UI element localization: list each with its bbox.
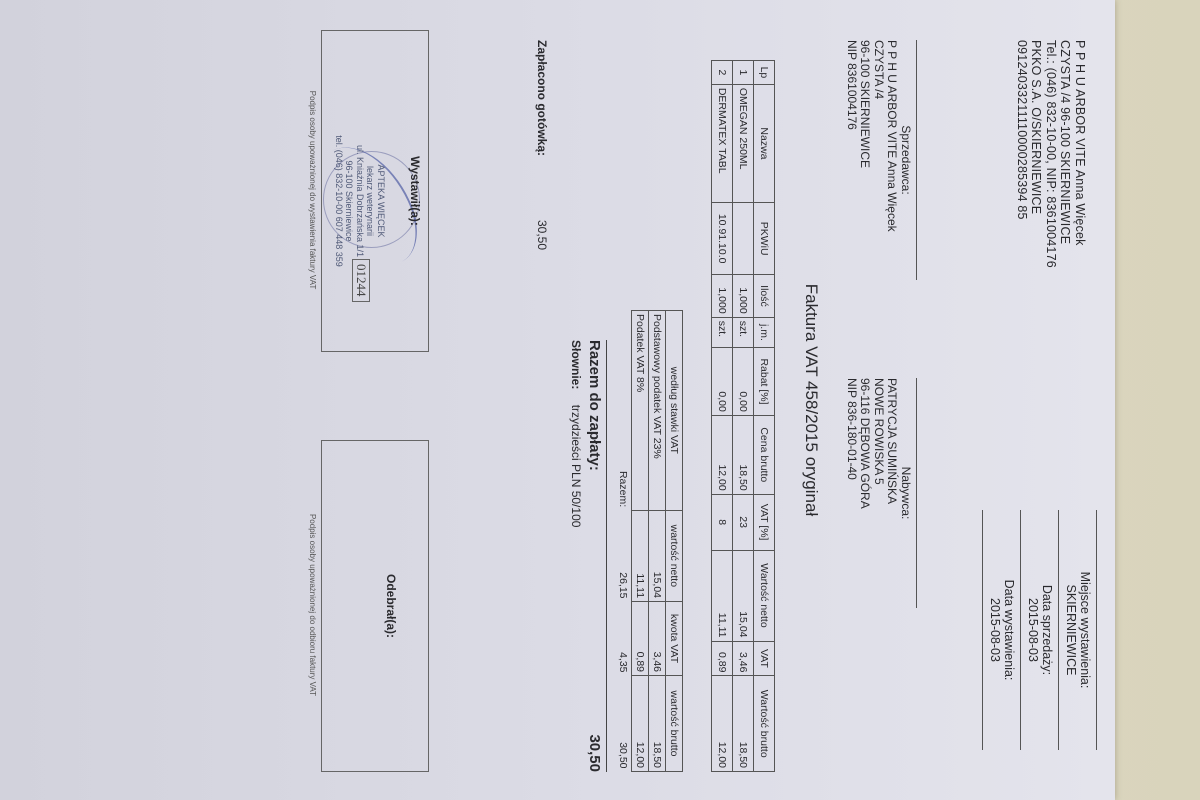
seller-line: 96-100 SKIERNIEWICE — [858, 40, 872, 280]
items-cell: 0,00 — [712, 348, 733, 416]
seller-line: CZYSTA /4 — [872, 40, 886, 280]
stamp-line: APTEKA WIĘCEK — [376, 126, 387, 276]
issued-by-label: Wystawił(a): — [408, 31, 422, 351]
items-table: LpNazwaPKWiUIlośćj.m.Rabat [%]Cena brutt… — [711, 60, 775, 772]
items-header-cell: j.m. — [754, 317, 775, 347]
buyer-label: Nabywca: — [899, 378, 913, 608]
words-label: Słownie: — [569, 340, 583, 389]
seller-header: P P H U ARBOR VITE Anna Więcek CZYSTA /4… — [1015, 40, 1088, 268]
items-cell: 0,89 — [712, 641, 733, 676]
table-row: Podstawowy podatek VAT 23%15,043,4618,50 — [649, 311, 666, 772]
items-header-cell: PKWiU — [754, 203, 775, 275]
amount-due-label: Razem do zapłaty: — [586, 340, 603, 471]
stamp-line: lekarz weterynarii — [365, 126, 376, 276]
summary-cell: 12,00 — [632, 676, 649, 772]
items-cell: 1 — [733, 61, 754, 85]
buyer-line: 96-116 DĘBOWA GÓRA — [858, 378, 872, 608]
summary-header-row: według stawki VATwartość nettokwota VATw… — [666, 311, 683, 772]
seller-label: Sprzedawca: — [899, 40, 913, 280]
items-header-row: LpNazwaPKWiUIlośćj.m.Rabat [%]Cena brutt… — [754, 61, 775, 772]
amount-due: Razem do zapłaty: 30,50 — [586, 340, 607, 772]
sale-date: Data sprzedaży: 2015-08-03 — [1021, 510, 1059, 750]
issue-date: Data wystawienia: 2015-08-03 — [982, 510, 1021, 750]
summary-total-cell: 26,15 — [615, 510, 632, 601]
items-cell: 11,11 — [712, 550, 733, 641]
sale-date-value: 2015-08-03 — [1026, 510, 1040, 750]
table-row: 2DERMATEX TABL10.91.10.01,000szt.0,0012,… — [712, 61, 733, 772]
seller-header-line: 09124033211110000285394 85 — [1015, 40, 1030, 268]
items-cell: 8 — [712, 494, 733, 550]
items-cell: 1,000 — [712, 275, 733, 317]
summary-cell: Podatek VAT 8% — [632, 311, 649, 511]
items-header-cell: Rabat [%] — [754, 348, 775, 416]
place-of-issue: Miejsce wystawienia: SKIERNIEWICE — [1059, 510, 1097, 750]
paid-value: 30,50 — [535, 220, 549, 250]
items-header-cell: VAT — [754, 641, 775, 676]
summary-cell: 18,50 — [649, 676, 666, 772]
items-header-cell: VAT [%] — [754, 494, 775, 550]
issue-date-label: Data wystawienia: — [1002, 510, 1016, 750]
table-row: Podatek VAT 8%11,110,8912,00 — [632, 311, 649, 772]
invoice-title: Faktura VAT 458/2015 oryginał — [801, 0, 821, 800]
summary-total-row: Razem:26,154,3530,50 — [615, 311, 632, 772]
buyer-line: NOWE ROWISKA 5 — [872, 378, 886, 608]
amount-due-value: 30,50 — [586, 734, 603, 772]
invoice-document: P P H U ARBOR VITE Anna Więcek CZYSTA /4… — [0, 0, 1115, 800]
paid-label: Zapłacono gotówką: — [535, 40, 549, 156]
items-cell: 2 — [712, 61, 733, 85]
items-cell: 18,50 — [733, 676, 754, 772]
items-header-cell: Wartość brutto — [754, 676, 775, 772]
items-cell: 1,000 — [733, 275, 754, 317]
summary-cell: 0,89 — [632, 602, 649, 676]
place-label: Miejsce wystawienia: — [1078, 510, 1092, 750]
issued-by-footnote: Podpis osoby upoważnionej do wystawienia… — [308, 30, 317, 350]
place-value: SKIERNIEWICE — [1064, 510, 1078, 750]
buyer-block: Nabywca: PATRYCJA SUMIŃSKA NOWE ROWISKA … — [845, 378, 918, 608]
items-cell: 3,46 — [733, 641, 754, 676]
items-header-cell: Ilość — [754, 275, 775, 317]
items-cell: 0,00 — [733, 348, 754, 416]
stamp-number: 01244 — [352, 259, 370, 302]
seller-line: NIP 8361004176 — [845, 40, 859, 280]
buyer-line: NIP 836-180-01-40 — [845, 378, 859, 608]
items-cell: 18,50 — [733, 415, 754, 494]
summary-cell: 15,04 — [649, 510, 666, 601]
vat-summary-table: według stawki VATwartość nettokwota VATw… — [615, 310, 683, 772]
pharmacy-stamp: APTEKA WIĘCEK lekarz weterynarii ul. Kni… — [334, 126, 387, 276]
items-cell — [733, 203, 754, 275]
items-header-cell: Wartość netto — [754, 550, 775, 641]
seller-header-line: PKKO S.A. O/SKIERNIEWICE — [1029, 40, 1044, 268]
summary-total-label: Razem: — [615, 311, 632, 511]
summary-total-cell: 30,50 — [615, 676, 632, 772]
items-cell: szt. — [712, 317, 733, 347]
summary-cell: Podstawowy podatek VAT 23% — [649, 311, 666, 511]
invoice-meta: Miejsce wystawienia: SKIERNIEWICE Data s… — [982, 510, 1097, 750]
items-cell: DERMATEX TABL — [712, 84, 733, 202]
seller-header-line: Tel.: (046) 832-10-00, NIP: 8361004176 — [1044, 40, 1059, 268]
items-header-cell: Nazwa — [754, 84, 775, 202]
summary-header-cell: kwota VAT — [666, 602, 683, 676]
summary-cell: 11,11 — [632, 510, 649, 601]
paid-in-cash: Zapłacono gotówką: 30,50 — [535, 40, 549, 250]
issued-by-box: Wystawił(a): APTEKA WIĘCEK lekarz wetery… — [321, 30, 429, 352]
received-by-label: Odebrał(a): — [384, 441, 398, 771]
items-header-cell: Lp — [754, 61, 775, 85]
issue-date-value: 2015-08-03 — [988, 510, 1002, 750]
amount-in-words: Słownie: trzydzieści PLN 50/100 — [569, 340, 583, 527]
sale-date-label: Data sprzedaży: — [1040, 510, 1054, 750]
words-value: trzydzieści PLN 50/100 — [569, 405, 583, 528]
stamp-line: tel. (046) 832-10-00 607 448 359 — [334, 126, 345, 276]
summary-cell: 3,46 — [649, 602, 666, 676]
seller-line: P P H U ARBOR VITE Anna Więcek — [885, 40, 899, 280]
received-by-box: Odebrał(a): — [321, 440, 429, 772]
items-cell: OMEGAN 250ML — [733, 84, 754, 202]
stamp-line: ul. Kniaźnia Dobrzańska 1/1 — [355, 126, 366, 276]
items-header-cell: Cena brutto — [754, 415, 775, 494]
items-cell: 12,00 — [712, 676, 733, 772]
summary-header-cell: wartość netto — [666, 510, 683, 601]
seller-block: Sprzedawca: P P H U ARBOR VITE Anna Więc… — [845, 40, 918, 280]
items-cell: 12,00 — [712, 415, 733, 494]
items-cell: 10.91.10.0 — [712, 203, 733, 275]
stamp-line: 96-100 Skierniewice — [344, 126, 355, 276]
summary-header-cell: wartość brutto — [666, 676, 683, 772]
buyer-line: PATRYCJA SUMIŃSKA — [885, 378, 899, 608]
items-cell: szt. — [733, 317, 754, 347]
seller-header-line: P P H U ARBOR VITE Anna Więcek — [1073, 40, 1088, 268]
summary-total-cell: 4,35 — [615, 602, 632, 676]
items-cell: 15,04 — [733, 550, 754, 641]
seller-header-line: CZYSTA /4 96-100 SKIERNIEWICE — [1058, 40, 1073, 268]
table-row: 1OMEGAN 250ML1,000szt.0,0018,502315,043,… — [733, 61, 754, 772]
received-by-footnote: Podpis osoby upoważnionej do odbioru fak… — [308, 440, 317, 770]
items-cell: 23 — [733, 494, 754, 550]
summary-header-cell: według stawki VAT — [666, 311, 683, 511]
